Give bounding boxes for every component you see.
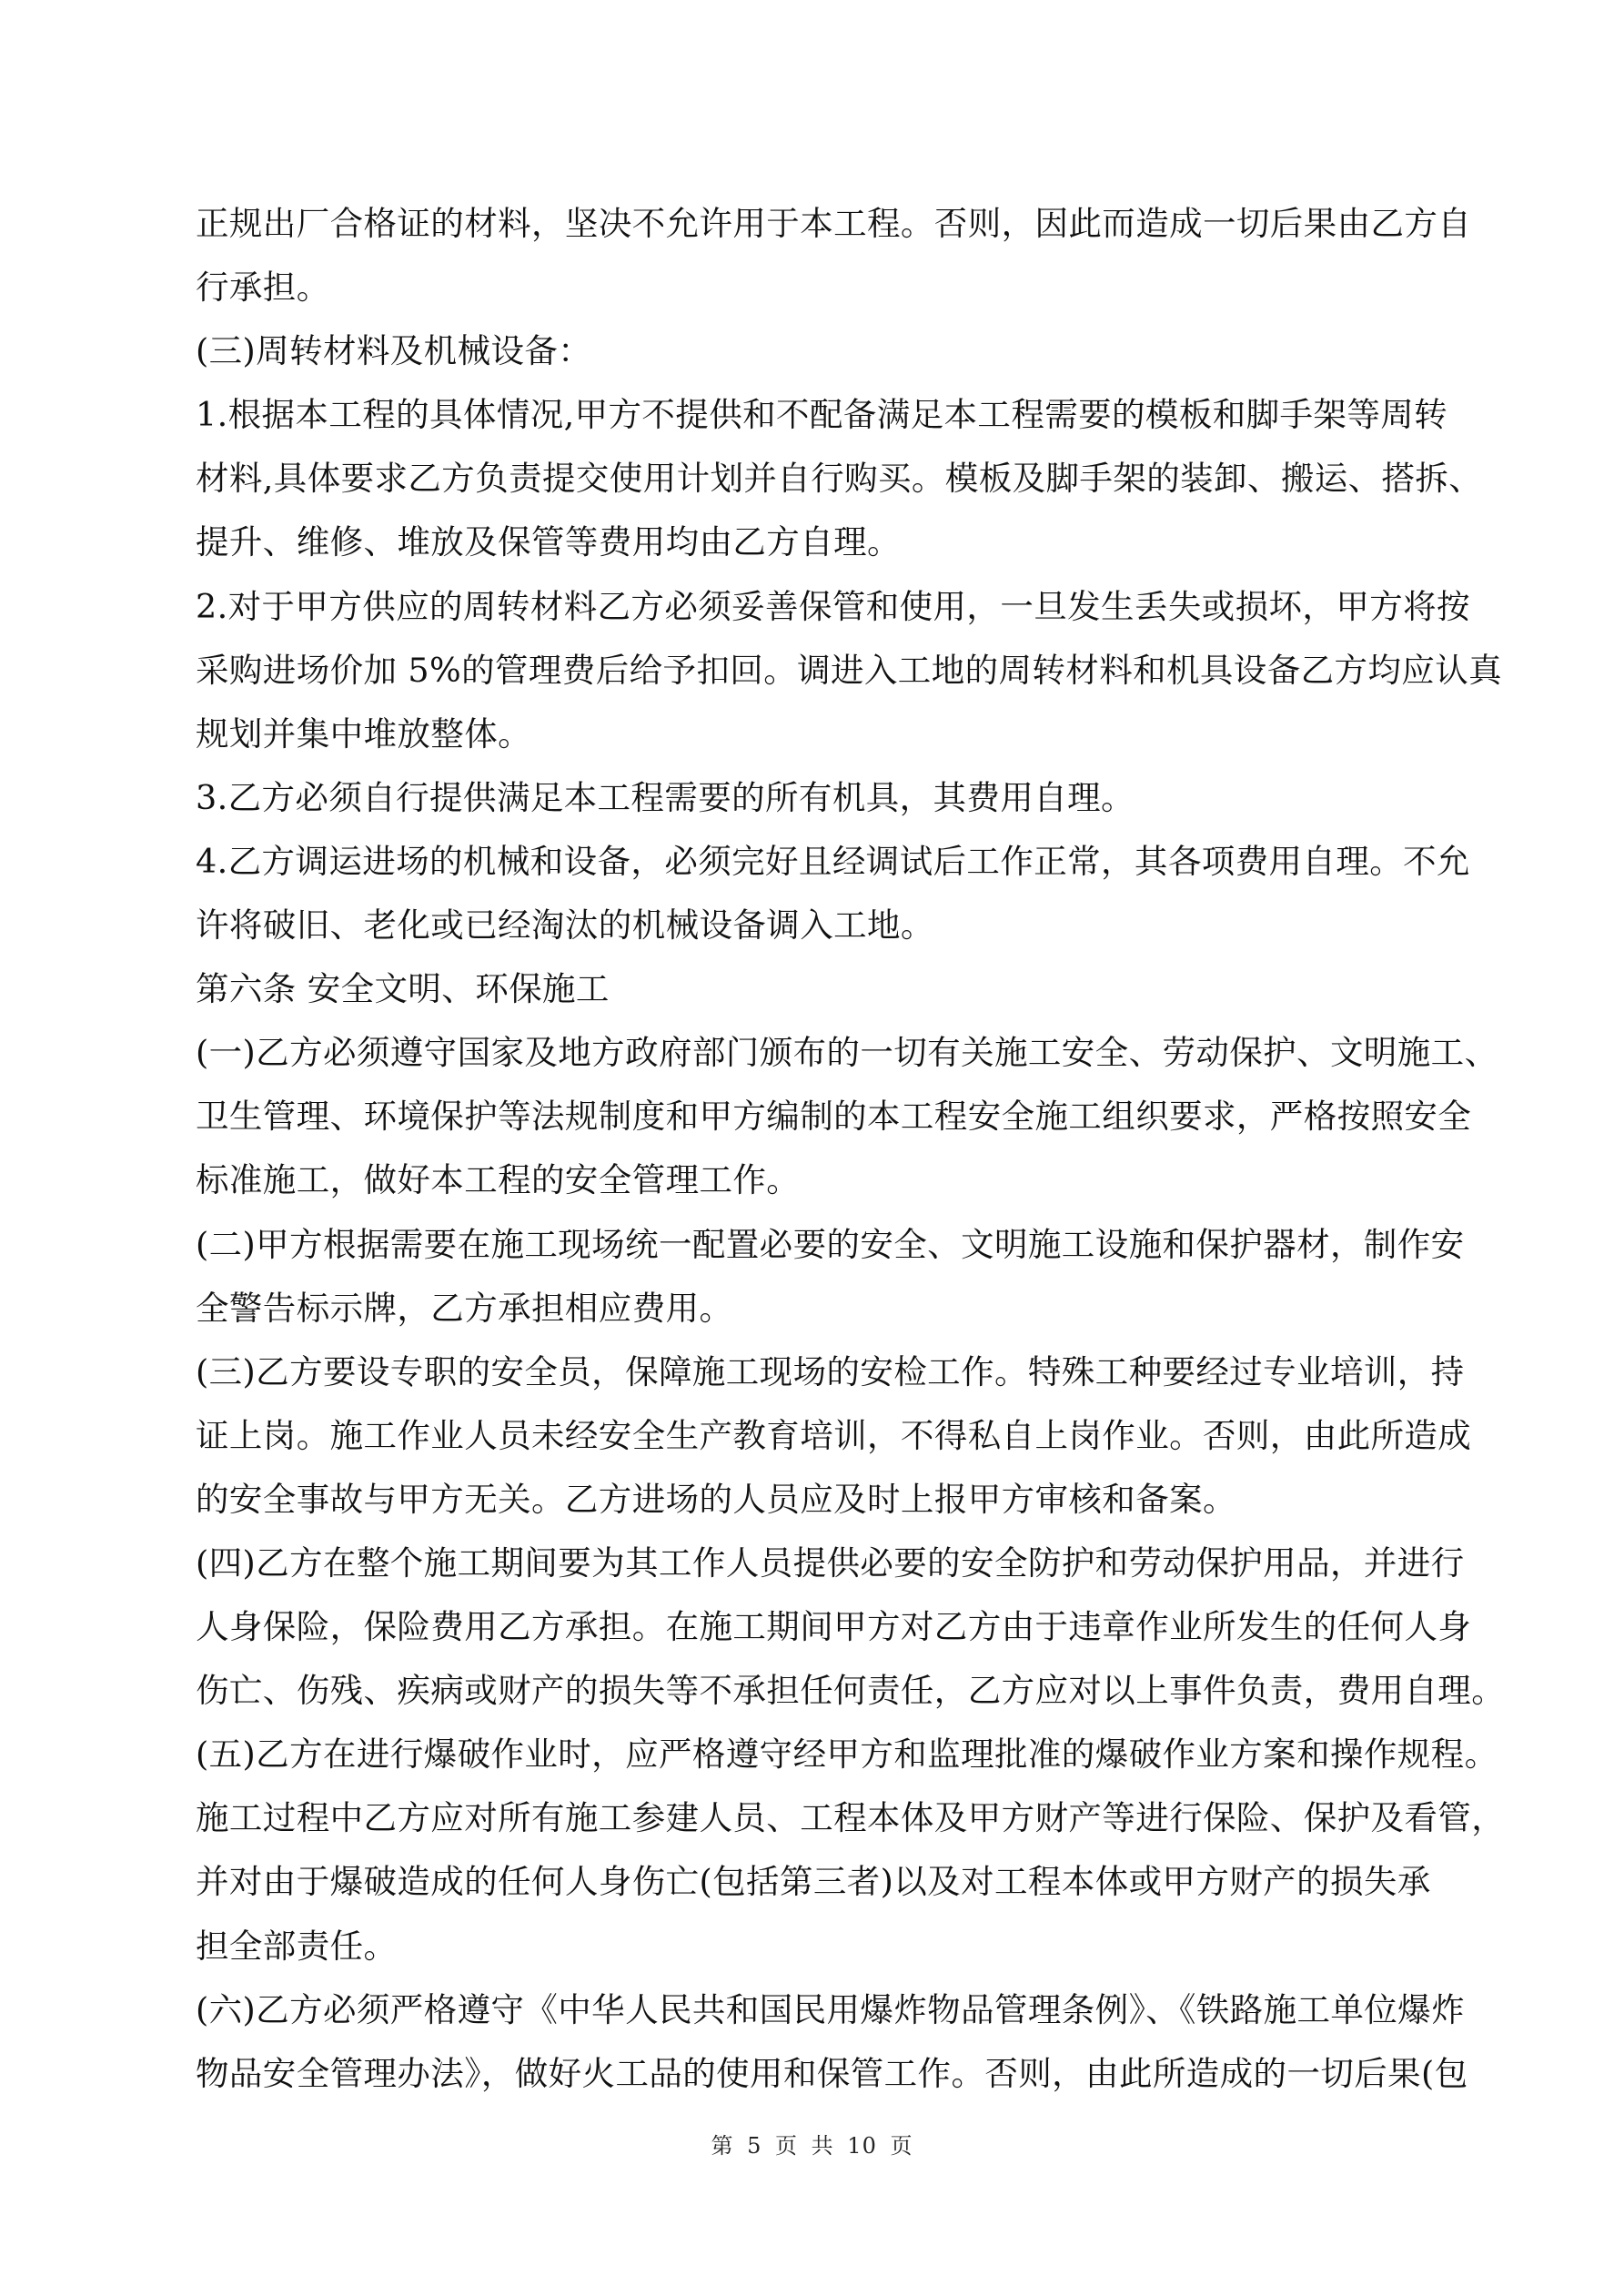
article-heading: 第六条 安全文明、环保施工 (196, 957, 1433, 1021)
text-line: 证上岗。施工作业人员未经安全生产教育培训，不得私自上岗作业。否则，由此所造成 (196, 1404, 1433, 1468)
text-line: (五)乙方在进行爆破作业时，应严格遵守经甲方和监理批准的爆破作业方案和操作规程。 (196, 1723, 1433, 1786)
text-line: 提升、维修、堆放及保管等费用均由乙方自理。 (196, 511, 1433, 574)
text-line: 卫生管理、环境保护等法规制度和甲方编制的本工程安全施工组织要求，严格按照安全 (196, 1085, 1433, 1148)
text-line: 采购进场价加 5%的管理费后给予扣回。调进入工地的周转材料和机具设备乙方均应认真 (196, 639, 1433, 703)
text-line: 标准施工，做好本工程的安全管理工作。 (196, 1148, 1433, 1212)
document-body: 正规出厂合格证的材料，坚决不允许用于本工程。否则，因此而造成一切后果由乙方自 行… (196, 192, 1433, 2106)
text-line: 行承担。 (196, 256, 1433, 319)
text-line: 2.对于甲方供应的周转材料乙方必须妥善保管和使用，一旦发生丢失或损坏，甲方将按 (196, 575, 1433, 639)
text-line: 1.根据本工程的具体情况,甲方不提供和不配备满足本工程需要的模板和脚手架等周转 (196, 383, 1433, 447)
text-line: (二)甲方根据需要在施工现场统一配置必要的安全、文明施工设施和保护器材，制作安 (196, 1213, 1433, 1277)
text-line: 材料,具体要求乙方负责提交使用计划并自行购买。模板及脚手架的装卸、搬运、搭拆、 (196, 447, 1433, 511)
text-line: (一)乙方必须遵守国家及地方政府部门颁布的一切有关施工安全、劳动保护、文明施工、 (196, 1021, 1433, 1085)
text-line: 全警告标示牌，乙方承担相应费用。 (196, 1277, 1433, 1340)
section-heading: (三)周转材料及机械设备： (196, 319, 1433, 383)
document-page: 正规出厂合格证的材料，坚决不允许用于本工程。否则，因此而造成一切后果由乙方自 行… (0, 0, 1624, 2296)
text-line: 3.乙方必须自行提供满足本工程需要的所有机具，其费用自理。 (196, 766, 1433, 830)
text-line: 的安全事故与甲方无关。乙方进场的人员应及时上报甲方审核和备案。 (196, 1468, 1433, 1532)
text-line: 许将破旧、老化或已经淘汰的机械设备调入工地。 (196, 894, 1433, 957)
text-line: 正规出厂合格证的材料，坚决不允许用于本工程。否则，因此而造成一切后果由乙方自 (196, 192, 1433, 256)
text-line: (六)乙方必须严格遵守《中华人民共和国民用爆炸物品管理条例》、《铁路施工单位爆炸 (196, 1978, 1433, 2042)
text-line: 并对由于爆破造成的任何人身伤亡(包括第三者)以及对工程本体或甲方财产的损失承 (196, 1850, 1433, 1914)
text-line: 施工过程中乙方应对所有施工参建人员、工程本体及甲方财产等进行保险、保护及看管， (196, 1786, 1433, 1850)
text-line: 物品安全管理办法》，做好火工品的使用和保管工作。否则，由此所造成的一切后果(包 (196, 2042, 1433, 2106)
text-line: 担全部责任。 (196, 1915, 1433, 1978)
text-line: (四)乙方在整个施工期间要为其工作人员提供必要的安全防护和劳动保护用品，并进行 (196, 1532, 1433, 1595)
text-line: 人身保险，保险费用乙方承担。在施工期间甲方对乙方由于违章作业所发生的任何人身 (196, 1595, 1433, 1659)
text-line: 4.乙方调运进场的机械和设备，必须完好且经调试后工作正常，其各项费用自理。不允 (196, 830, 1433, 894)
text-line: (三)乙方要设专职的安全员，保障施工现场的安检工作。特殊工种要经过专业培训，持 (196, 1340, 1433, 1404)
text-line: 规划并集中堆放整体。 (196, 703, 1433, 766)
page-number-footer: 第 5 页 共 10 页 (0, 2128, 1624, 2159)
text-line: 伤亡、伤残、疾病或财产的损失等不承担任何责任，乙方应对以上事件负责，费用自理。 (196, 1659, 1433, 1723)
